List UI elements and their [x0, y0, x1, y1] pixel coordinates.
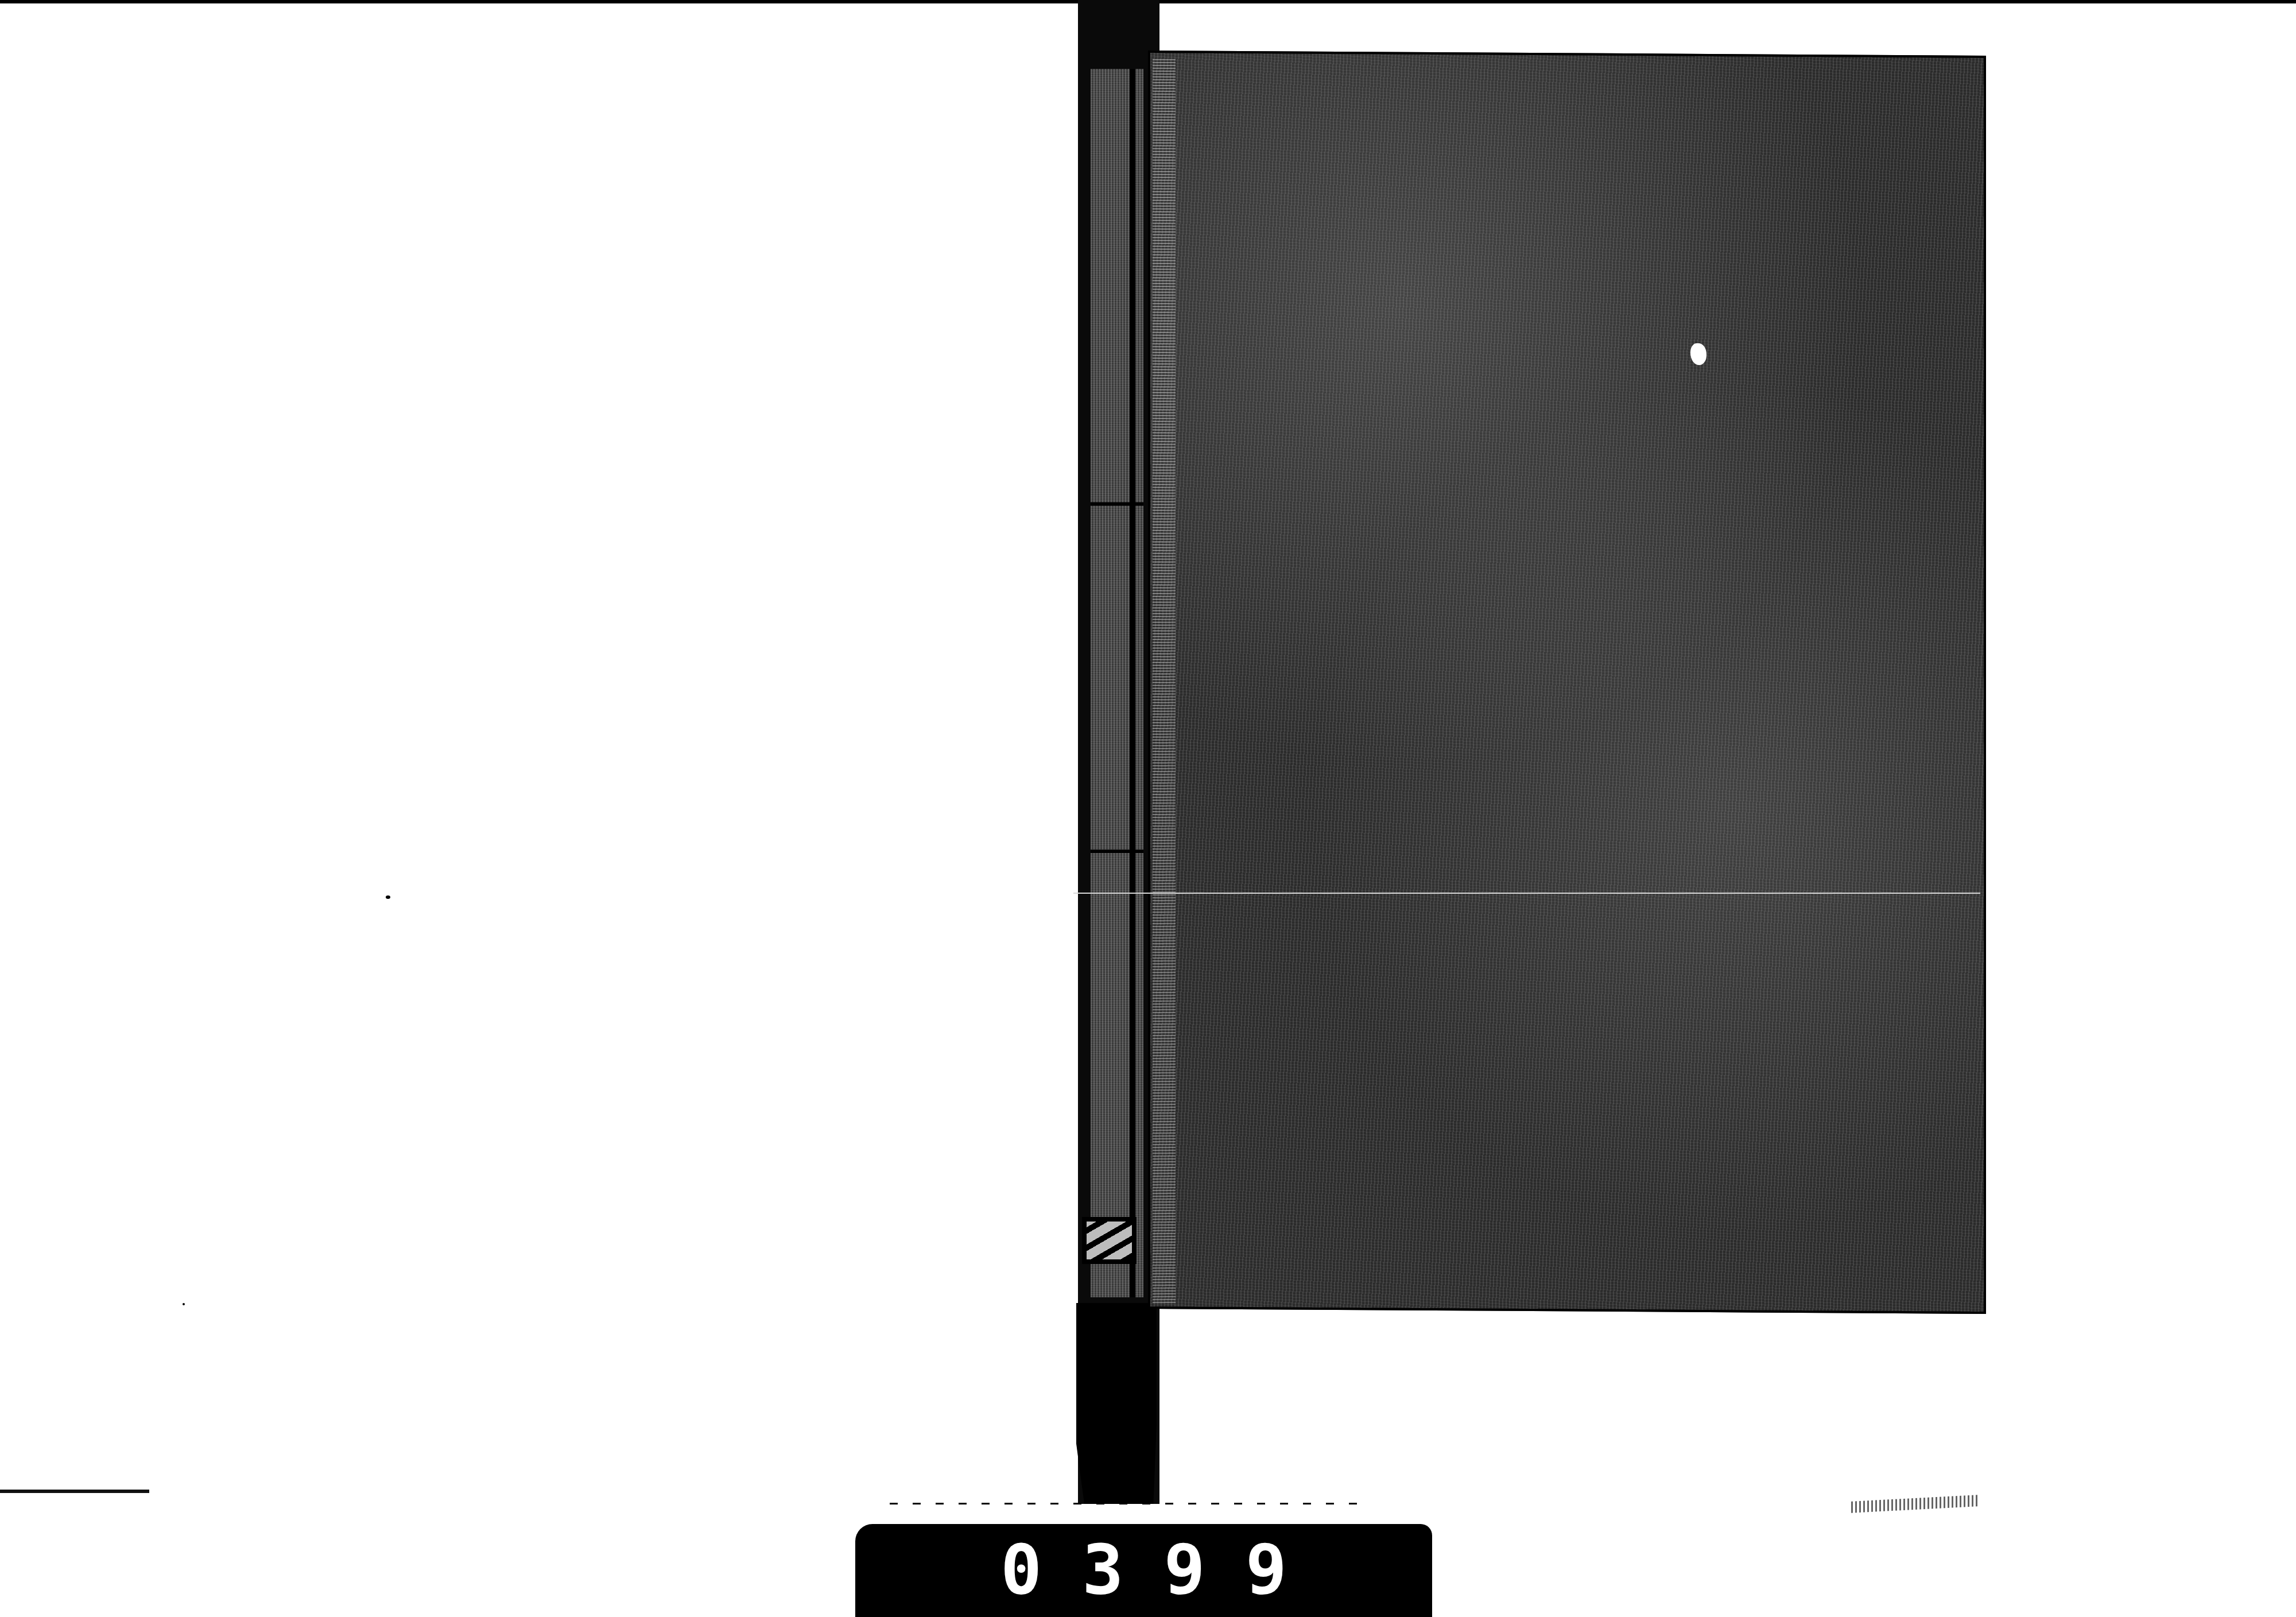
dust-speck — [386, 895, 390, 899]
spine-band — [1091, 502, 1143, 506]
scanner-seam-line — [1073, 893, 1980, 894]
cover-edge-wear — [1153, 57, 1176, 1303]
dust-speck — [183, 1303, 185, 1305]
frame-number: 0399 — [960, 1536, 1327, 1605]
film-edge-dots — [890, 1503, 1372, 1504]
spine-label-icon — [1082, 1217, 1137, 1264]
cover-worn-spot — [1690, 343, 1707, 365]
spine-stitch-line — [1130, 69, 1135, 1297]
book-cover — [1148, 51, 1986, 1314]
spine-foot — [1076, 1303, 1157, 1504]
film-edge-mark-right — [1851, 1495, 1977, 1513]
frame-counter-plate: 0399 — [855, 1524, 1432, 1617]
spine-binding-texture — [1091, 69, 1143, 1297]
spine-band — [1091, 850, 1143, 853]
film-edge-mark-left — [0, 1490, 149, 1493]
